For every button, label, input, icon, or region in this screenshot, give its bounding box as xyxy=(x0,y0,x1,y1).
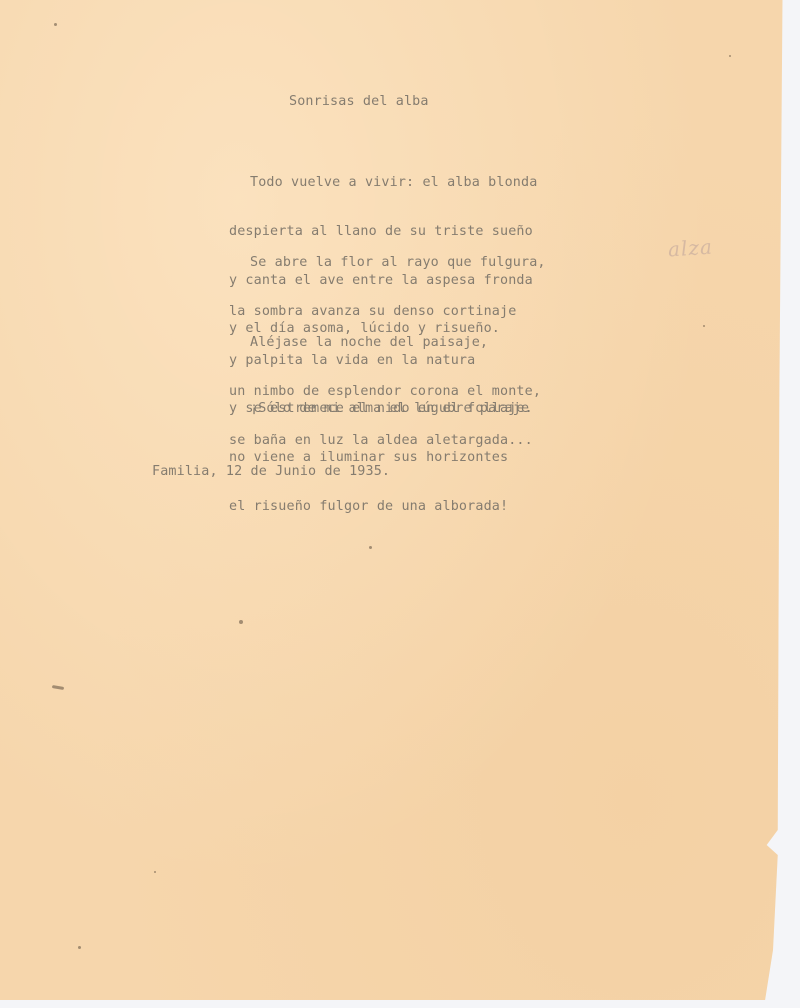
paper-speck xyxy=(52,685,64,690)
paper-speck xyxy=(54,23,57,26)
dateline: Familia, 12 de Junio de 1935. xyxy=(152,464,390,480)
pencil-margin-note: alza xyxy=(667,234,713,261)
poem-line: el risueño fulgor de una alborada! xyxy=(229,499,529,515)
poem-line: ¡Sólo de mi alma el lúgubre paraje xyxy=(229,401,529,417)
paper-speck xyxy=(703,325,705,327)
paper-speck xyxy=(729,55,731,57)
poem-line: Todo vuelve a vivir: el alba blonda xyxy=(229,175,537,191)
poem-line: Aléjase la noche del paisaje, xyxy=(229,335,541,351)
poem-title: Sonrisas del alba xyxy=(289,94,429,110)
paper-speck xyxy=(154,871,156,873)
paper-speck xyxy=(239,620,243,624)
paper-speck xyxy=(78,946,81,949)
paper-speck xyxy=(369,546,372,549)
poem-line: Se abre la flor al rayo que fulgura, xyxy=(229,255,546,271)
typed-page: Sonrisas del alba Todo vuelve a vivir: e… xyxy=(0,0,792,1000)
stanza-4: ¡Sólo de mi alma el lúgubre paraje no vi… xyxy=(229,369,529,547)
